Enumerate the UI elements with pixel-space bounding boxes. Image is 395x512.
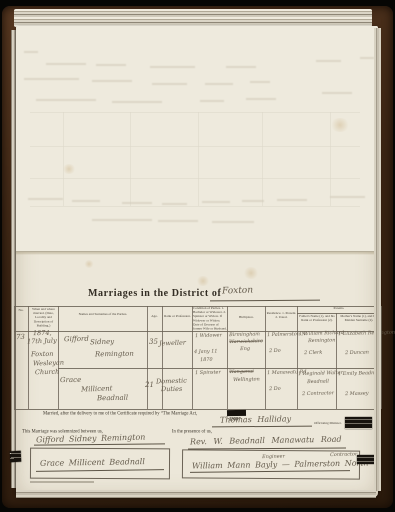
when-line: Wesleyan [33,358,64,367]
bride-condition: 1 Spinster [195,369,221,375]
party2-signature: Grace Millicent Beadnall [40,457,145,468]
groom-condition: 1870 [200,357,213,363]
groom-condition: 1 Widower [195,332,222,338]
ghost-line [130,112,131,206]
ghost-mark [202,201,230,203]
ghost-mark [24,78,79,80]
groom-father: Remington [308,337,335,343]
header-condition: Condition of Parties. 1. Bachelor or Wid… [193,307,227,350]
header-age-label: Age. [147,315,162,319]
table-rule [58,306,59,409]
district-handwritten: Foxton [222,285,253,296]
ghost-line [63,112,64,206]
groom-rank: Jeweller [159,339,186,348]
ghost-mark [242,200,264,202]
header-condition-label: Condition of Parties. 1. Bachelor or Wid… [193,307,227,331]
bride-father-rank: 2 Contractor [302,390,334,397]
groom-name: Gifford [64,335,89,343]
ghost-line [30,146,360,147]
ghost-mark [246,98,276,100]
bride-age: 21 [145,381,154,389]
header-no-label: No. [14,309,28,313]
ghost-mark [158,220,198,222]
ghost-mark [316,60,341,62]
ghost-mark [152,83,187,85]
ghost-mark [162,203,187,205]
table-rule [381,306,382,409]
stain [62,164,76,174]
header-no: No. [14,309,28,316]
minister-signature: Thomas Halliday [220,414,291,424]
ghost-mark [250,81,270,83]
page-edges-right [374,28,381,491]
bride-mother-maiden: 2 Massey [345,390,369,396]
margin-stamp [10,451,21,462]
ghost-mark [24,51,38,53]
witness1-occupation: Contractor [330,451,357,457]
minister-label-wrap: Officiating Minister. [314,422,348,429]
groom-age: 35 [149,338,158,346]
header-residence-label: Residence. 1. Present. 2. Usual. [266,312,297,320]
groom-condition: 4 Jany 11 [194,348,218,354]
ghost-line [30,206,360,207]
stain [330,118,350,132]
groom-residence: 2 Do [269,348,281,354]
bride-name: Beadnall [97,394,128,403]
small-print-row [30,481,94,483]
ghost-line [198,112,199,206]
minister-label: Officiating Minister. [314,422,348,426]
header-birthplace: Birthplace. [228,316,265,323]
ghost-mark [330,196,365,198]
form-title: Marriages in the District of [88,288,221,299]
header-parents: Parents. [297,307,381,314]
witness2-occupation: Engineer [262,453,285,459]
ghost-mark [46,63,86,65]
ghost-mark [212,221,254,223]
header-age: Age. [147,315,162,322]
ghost-mark [96,64,126,66]
header-when-where-label: When and where married. (Date, Locality … [29,308,58,328]
stain [196,276,210,286]
page-overlap-shadow [16,251,378,255]
header-father: Father's Name (1), and his Rank or Profe… [298,315,336,329]
bride-name: Grace [60,376,81,384]
groom-birthplace-struck: Warwickshire [229,338,263,345]
ghost-mark [277,199,307,201]
page-edges-bottom [16,490,376,498]
page-edges-top [14,9,372,27]
ghost-mark [200,100,224,102]
ghost-mark [150,66,195,68]
when-line: Foxton [31,350,54,358]
ghost-line [30,178,360,179]
groom-mother-maiden: 2 Duncan [345,349,369,355]
groom-name: Sidney [90,338,114,347]
groom-birthplace: Birmingham [229,331,260,338]
stain [84,260,94,268]
header-names-label: Names and Surnames of the Parties. [59,313,147,317]
header-parents-label: Parents. [297,307,381,311]
header-rank: Rank or Profession. [163,315,192,322]
certification-statement: Married, after the delivery to me of the… [43,411,197,416]
ghost-mark [122,202,152,204]
ghost-mark [226,66,256,68]
presence-label: In the presence of us, [172,429,212,434]
header-rank-label: Rank or Profession. [163,315,192,319]
overprint-stamp [345,417,372,429]
stain [243,267,259,279]
ghost-mark [28,198,63,200]
header-names: Names and Surnames of the Parties. [59,313,147,320]
bride-residence: 2 Do [269,386,281,392]
ghost-line [262,112,263,206]
ghost-mark [92,80,132,82]
table-rule [14,409,381,410]
ghost-mark [72,200,100,202]
table-rule [14,306,15,409]
bride-birthplace-struck: Wanganui [229,368,254,374]
groom-birthplace: Eng [240,346,250,352]
ghost-line [30,112,360,113]
ghost-mark [36,99,96,101]
header-father-label: Father's Name (1), and his Rank or Profe… [298,315,336,323]
bride-birthplace: Wellington [233,376,260,382]
entry-number: 73 [16,333,25,341]
ghost-mark [205,83,233,85]
bride-father: Beadnall [307,378,329,384]
header-residence: Residence. 1. Present. 2. Usual. [266,312,297,326]
when-line: 17th July [27,336,57,345]
bride-rank: Duties [161,385,182,393]
when-line: Church [35,368,59,376]
bride-name: Millicent [81,384,113,393]
marriage-register-scan: Marriages in the District of Foxton No. … [0,0,395,512]
groom-father-rank: 2 Clerk [304,350,322,356]
ghost-mark [112,101,162,103]
ghost-mark [92,219,152,221]
header-birthplace-label: Birthplace. [228,316,265,320]
bride-father: 1 Reginald Walter [298,370,343,377]
ghost-mark [322,92,352,94]
ghost-mark [360,57,374,59]
groom-name: Remington [95,350,134,359]
